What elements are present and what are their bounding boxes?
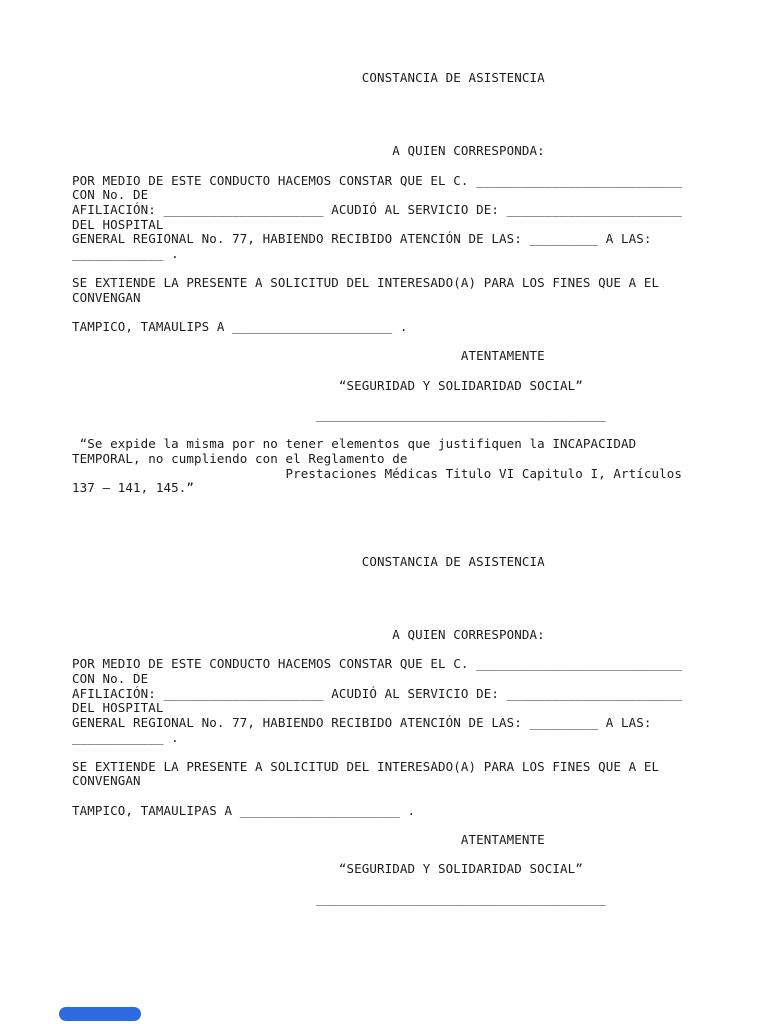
doc-line: SE EXTIENDE LA PRESENTE A SOLICITUD DEL …	[72, 760, 758, 775]
doc-line	[72, 130, 758, 145]
doc-line: A QUIEN CORRESPONDA:	[72, 628, 758, 643]
doc-line	[72, 569, 758, 584]
doc-line: GENERAL REGIONAL No. 77, HABIENDO RECIBI…	[72, 716, 758, 731]
doc-line	[72, 306, 758, 321]
doc-line	[72, 159, 758, 174]
footer-badge[interactable]	[59, 1007, 141, 1021]
doc-line: “SEGURIDAD Y SOLIDARIDAD SOCIAL”	[72, 379, 758, 394]
doc-line: AFILIACIÓN: _____________________ ACUDIÓ…	[72, 203, 758, 218]
doc-line: CONSTANCIA DE ASISTENCIA	[72, 555, 758, 570]
doc-line: CON No. DE	[72, 188, 758, 203]
doc-line: CONVENGAN	[72, 291, 758, 306]
doc-line	[72, 613, 758, 628]
doc-line: POR MEDIO DE ESTE CONDUCTO HACEMOS CONST…	[72, 657, 758, 672]
doc-line	[72, 423, 758, 438]
doc-line	[72, 262, 758, 277]
doc-line	[72, 115, 758, 130]
doc-line: A QUIEN CORRESPONDA:	[72, 144, 758, 159]
doc-line: ______________________________________	[72, 892, 758, 907]
doc-line	[72, 745, 758, 760]
doc-line: ____________ .	[72, 731, 758, 746]
doc-line	[72, 364, 758, 379]
doc-line	[72, 599, 758, 614]
doc-line	[72, 789, 758, 804]
doc-line: TAMPICO, TAMAULIPAS A __________________…	[72, 804, 758, 819]
doc-line	[72, 335, 758, 350]
doc-line: TAMPICO, TAMAULIPS A ___________________…	[72, 320, 758, 335]
doc-line: SE EXTIENDE LA PRESENTE A SOLICITUD DEL …	[72, 276, 758, 291]
doc-line: “Se expide la misma por no tener element…	[72, 437, 758, 452]
doc-line: ____________ .	[72, 247, 758, 262]
document-page: CONSTANCIA DE ASISTENCIA A QUIEN CORRESP…	[0, 0, 768, 1024]
doc-line	[72, 818, 758, 833]
doc-line	[72, 584, 758, 599]
doc-line: Prestaciones Médicas Titulo VI Capitulo …	[72, 467, 758, 482]
doc-line: ATENTAMENTE	[72, 833, 758, 848]
doc-line: 137 – 141, 145.”	[72, 481, 758, 496]
doc-line: ATENTAMENTE	[72, 349, 758, 364]
doc-line: POR MEDIO DE ESTE CONDUCTO HACEMOS CONST…	[72, 174, 758, 189]
doc-line: CON No. DE	[72, 672, 758, 687]
certificate-copy-1: CONSTANCIA DE ASISTENCIA A QUIEN CORRESP…	[0, 0, 768, 496]
doc-line: ______________________________________	[72, 408, 758, 423]
doc-line	[72, 100, 758, 115]
doc-line: AFILIACIÓN: _____________________ ACUDIÓ…	[72, 687, 758, 702]
doc-line: “SEGURIDAD Y SOLIDARIDAD SOCIAL”	[72, 862, 758, 877]
doc-line: TEMPORAL, no cumpliendo con el Reglament…	[72, 452, 758, 467]
certificate-copy-2: CONSTANCIA DE ASISTENCIA A QUIEN CORRESP…	[0, 555, 768, 907]
doc-line	[72, 86, 758, 101]
doc-line	[72, 848, 758, 863]
doc-line	[72, 643, 758, 658]
doc-line: DEL HOSPITAL	[72, 218, 758, 233]
doc-line: CONVENGAN	[72, 774, 758, 789]
doc-line	[72, 393, 758, 408]
doc-line	[72, 877, 758, 892]
doc-line: CONSTANCIA DE ASISTENCIA	[72, 71, 758, 86]
doc-line: GENERAL REGIONAL No. 77, HABIENDO RECIBI…	[72, 232, 758, 247]
doc-line: DEL HOSPITAL	[72, 701, 758, 716]
